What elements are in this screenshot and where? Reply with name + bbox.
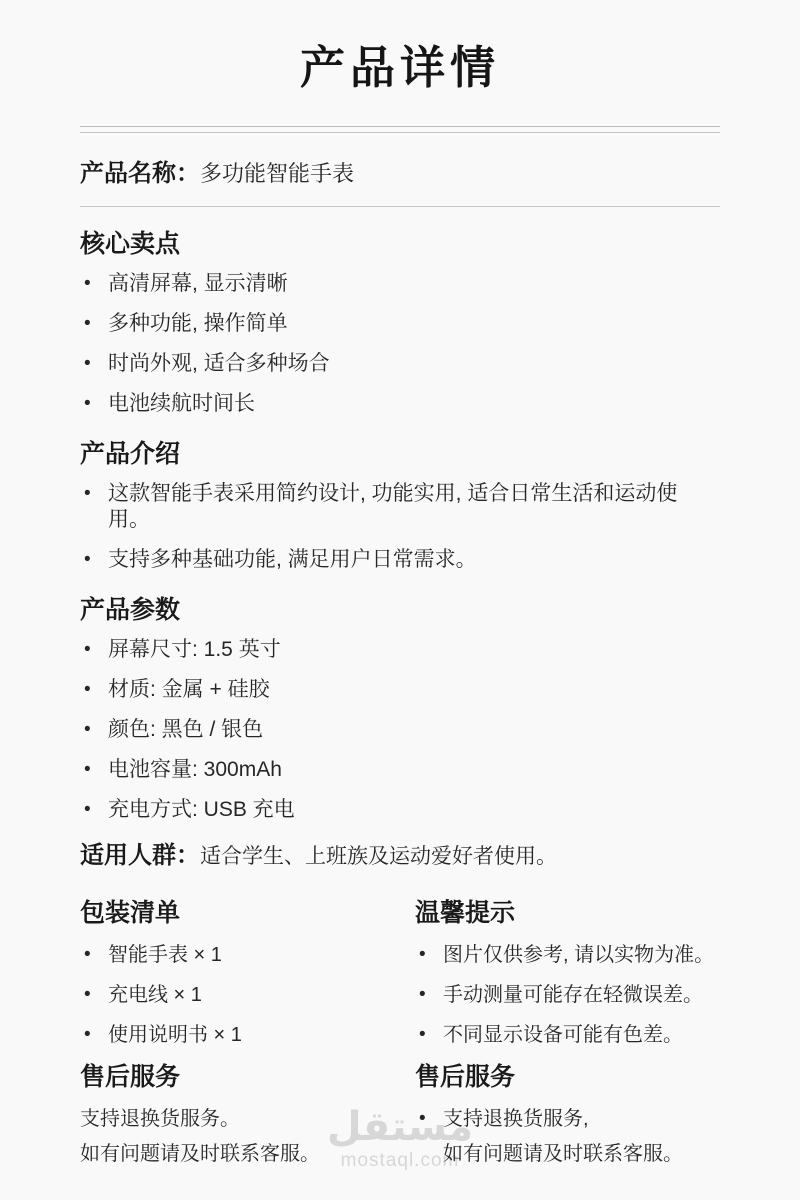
aftersales-right: 售后服务 • 支持退换货服务, 如有问题请及时联系客服。 (415, 1062, 720, 1176)
list-item: •时尚外观, 适合多种场合 (80, 351, 720, 377)
list-item: •颜色: 黑色 / 银色 (80, 717, 720, 743)
section-heading: 产品参数 (80, 595, 720, 625)
bullet-list: •智能手表 × 1 •充电线 × 1 •使用说明书 × 1 (80, 942, 415, 1048)
bullet-dot-icon: • (80, 547, 108, 573)
aftersales-lines: 支持退换货服务, 如有问题请及时联系客服。 (443, 1106, 720, 1176)
list-item: •不同显示设备可能有色差。 (415, 1022, 720, 1048)
aftersales-line: 如有问题请及时联系客服。 (80, 1141, 415, 1167)
audience-row: 适用人群：适合学生、上班族及运动爱好者使用。 (80, 841, 720, 874)
bullet-text: 充电线 × 1 (108, 982, 415, 1008)
list-item: •多种功能, 操作简单 (80, 311, 720, 337)
aftersales-columns: 售后服务 支持退换货服务。 如有问题请及时联系客服。 售后服务 • 支持退换货服… (80, 1062, 720, 1176)
bullet-dot-icon: • (80, 982, 108, 1008)
audience-value: 适合学生、上班族及运动爱好者使用。 (200, 845, 557, 868)
aftersales-heading: 售后服务 (80, 1062, 415, 1092)
section-heading: 产品介绍 (80, 439, 720, 469)
tips-column: 温馨提示 •图片仅供参考, 请以实物为准。 •手动测量可能存在轻微误差。 •不同… (415, 898, 720, 1048)
bullet-text: 电池容量: 300mAh (108, 757, 720, 783)
package-and-tips-columns: 包装清单 •智能手表 × 1 •充电线 × 1 •使用说明书 × 1 温馨提示 … (80, 898, 720, 1048)
list-item: •屏幕尺寸: 1.5 英寸 (80, 637, 720, 663)
section-product-intro: 产品介绍 •这款智能手表采用简约设计, 功能实用, 适合日常生活和运动使用。 •… (80, 439, 720, 573)
bullet-text: 不同显示设备可能有色差。 (443, 1022, 720, 1048)
column-heading: 包装清单 (80, 898, 415, 928)
product-name-value: 多功能智能手表 (200, 161, 354, 186)
bullet-dot-icon: • (415, 942, 443, 968)
aftersales-line: 支持退换货服务。 (80, 1106, 415, 1132)
bullet-dot-icon: • (415, 1106, 443, 1132)
bullet-list: •这款智能手表采用简约设计, 功能实用, 适合日常生活和运动使用。 •支持多种基… (80, 481, 720, 573)
section-core-selling-points: 核心卖点 •高清屏幕, 显示清晰 •多种功能, 操作简单 •时尚外观, 适合多种… (80, 229, 720, 417)
aftersales-line: 支持退换货服务, (443, 1106, 720, 1132)
bullet-dot-icon: • (80, 271, 108, 297)
bullet-dot-icon: • (415, 1022, 443, 1048)
bullet-dot-icon: • (80, 311, 108, 337)
bullet-dot-icon: • (415, 982, 443, 1008)
product-name-label: 产品名称： (80, 160, 200, 187)
bullet-dot-icon: • (80, 351, 108, 377)
bullet-list: •屏幕尺寸: 1.5 英寸 •材质: 金属 + 硅胶 •颜色: 黑色 / 银色 … (80, 637, 720, 823)
double-divider (80, 126, 720, 133)
bullet-dot-icon: • (80, 481, 108, 507)
list-item: •这款智能手表采用简约设计, 功能实用, 适合日常生活和运动使用。 (80, 481, 720, 533)
list-item: •使用说明书 × 1 (80, 1022, 415, 1048)
bullet-text: 材质: 金属 + 硅胶 (108, 677, 720, 703)
bullet-dot-icon: • (80, 942, 108, 968)
aftersales-heading: 售后服务 (415, 1062, 720, 1092)
bullet-dot-icon: • (80, 757, 108, 783)
list-item: •充电方式: USB 充电 (80, 797, 720, 823)
bullet-text: 智能手表 × 1 (108, 942, 415, 968)
bullet-dot-icon: • (80, 637, 108, 663)
list-item: •图片仅供参考, 请以实物为准。 (415, 942, 720, 968)
bullet-text: 颜色: 黑色 / 银色 (108, 717, 720, 743)
list-item: •高清屏幕, 显示清晰 (80, 271, 720, 297)
bullet-text: 支持多种基础功能, 满足用户日常需求。 (108, 547, 720, 573)
product-detail-page: 产品详情 产品名称：多功能智能手表 核心卖点 •高清屏幕, 显示清晰 •多种功能… (0, 0, 800, 1176)
bullet-text: 这款智能手表采用简约设计, 功能实用, 适合日常生活和运动使用。 (108, 481, 692, 533)
bullet-text: 高清屏幕, 显示清晰 (108, 271, 720, 297)
package-list-column: 包装清单 •智能手表 × 1 •充电线 × 1 •使用说明书 × 1 (80, 898, 415, 1048)
list-item: •支持多种基础功能, 满足用户日常需求。 (80, 547, 720, 573)
bullet-text: 多种功能, 操作简单 (108, 311, 720, 337)
aftersales-lines: 支持退换货服务。 如有问题请及时联系客服。 (80, 1106, 415, 1167)
bullet-text: 图片仅供参考, 请以实物为准。 (443, 942, 720, 968)
bullet-text: 屏幕尺寸: 1.5 英寸 (108, 637, 720, 663)
list-item: •材质: 金属 + 硅胶 (80, 677, 720, 703)
aftersales-left: 售后服务 支持退换货服务。 如有问题请及时联系客服。 (80, 1062, 415, 1176)
bullet-text: 手动测量可能存在轻微误差。 (443, 982, 720, 1008)
section-product-params: 产品参数 •屏幕尺寸: 1.5 英寸 •材质: 金属 + 硅胶 •颜色: 黑色 … (80, 595, 720, 823)
aftersales-bullet-item: • 支持退换货服务, 如有问题请及时联系客服。 (415, 1106, 720, 1176)
bullet-text: 使用说明书 × 1 (108, 1022, 415, 1048)
bullet-dot-icon: • (80, 677, 108, 703)
list-item: •充电线 × 1 (80, 982, 415, 1008)
list-item: •电池续航时间长 (80, 391, 720, 417)
bullet-dot-icon: • (80, 1022, 108, 1048)
bullet-list: •高清屏幕, 显示清晰 •多种功能, 操作简单 •时尚外观, 适合多种场合 •电… (80, 271, 720, 417)
bullet-text: 充电方式: USB 充电 (108, 797, 720, 823)
list-item: •手动测量可能存在轻微误差。 (415, 982, 720, 1008)
aftersales-line: 如有问题请及时联系客服。 (443, 1141, 720, 1167)
list-item: •智能手表 × 1 (80, 942, 415, 968)
bullet-list: •图片仅供参考, 请以实物为准。 •手动测量可能存在轻微误差。 •不同显示设备可… (415, 942, 720, 1048)
audience-label: 适用人群： (80, 842, 200, 869)
product-name-row: 产品名称：多功能智能手表 (80, 158, 720, 207)
bullet-dot-icon: • (80, 797, 108, 823)
page-title: 产品详情 (80, 42, 720, 94)
bullet-text: 电池续航时间长 (108, 391, 720, 417)
bullet-dot-icon: • (80, 391, 108, 417)
section-heading: 核心卖点 (80, 229, 720, 259)
bullet-dot-icon: • (80, 717, 108, 743)
list-item: •电池容量: 300mAh (80, 757, 720, 783)
column-heading: 温馨提示 (415, 898, 720, 928)
bullet-text: 时尚外观, 适合多种场合 (108, 351, 720, 377)
